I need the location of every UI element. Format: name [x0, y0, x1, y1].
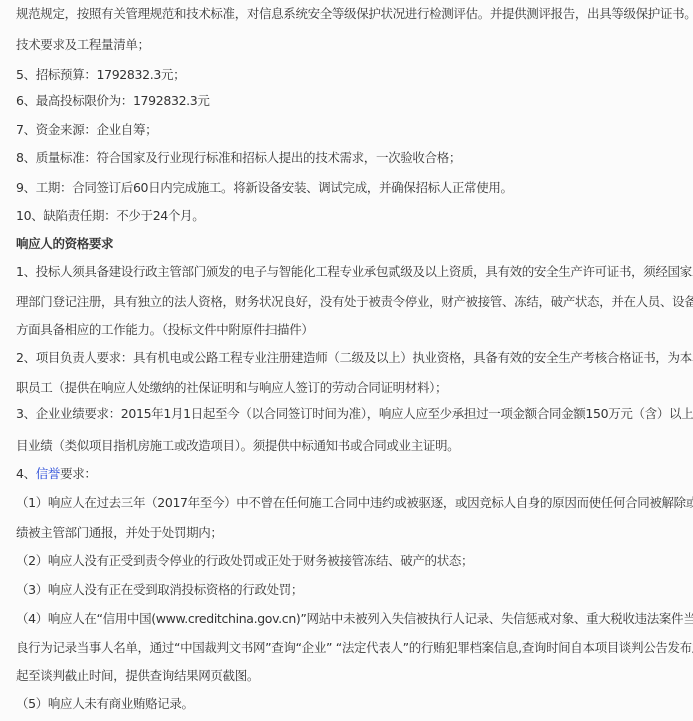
text-line: （1）响应人在过去三年（2017年至今）中不曾在任何施工合同中违约或被驱逐，或因… [16, 495, 689, 511]
max-price-line: 6、最高投标限价为：1792832.3元 [16, 93, 689, 109]
text-line: 绩被主管部门通报，并处于处罚期内； [16, 525, 689, 541]
text-line: 方面具备相应的工作能力。（投标文件中附原件扫描件） [16, 322, 689, 338]
section-heading: 响应人的资格要求 [16, 236, 689, 252]
text-line: 技术要求及工程量清单； [16, 37, 689, 53]
text-line: 1、投标人须具备建设行政主管部门颁发的电子与智能化工程专业承包贰级及以上资质，具… [16, 264, 689, 280]
text-line: 规范规定，按照有关管理规范和技术标准，对信息系统安全等级保护状况进行检测评估。并… [16, 6, 689, 22]
line-prefix: 4、 [16, 466, 36, 481]
warranty-line: 10、缺陷责任期：不少于24个月。 [16, 208, 689, 224]
text-line: 理部门登记注册，具有独立的法人资格，财务状况良好，没有处于被责令停业，财产被接管… [16, 294, 689, 310]
budget-line: 5、招标预算：1792832.3元； [16, 67, 689, 83]
document-body: 规范规定，按照有关管理规范和技术标准，对信息系统安全等级保护状况进行检测评估。并… [0, 0, 693, 721]
fund-source-line: 7、资金来源：企业自筹； [16, 122, 689, 138]
text-line: 2、项目负责人要求：具有机电或公路工程专业注册建造师（二级及以上）执业资格，具备… [16, 350, 689, 366]
credit-link[interactable]: 信誉 [36, 466, 60, 481]
text-line: 目业绩（类似项目指机房施工或改造项目）。须提供中标通知书或合同或业主证明。 [16, 438, 689, 454]
text-line: （4）响应人在“信用中国(www.creditchina.gov.cn)”网站中… [16, 611, 689, 627]
text-line: （3）响应人没有正在受到取消投标资格的行政处罚； [16, 582, 689, 598]
credit-requirement-line: 4、信誉要求： [16, 466, 689, 482]
text-line: 职员工（提供在响应人处缴纳的社保证明和与响应人签订的劳动合同证明材料）； [16, 380, 689, 396]
line-suffix: 要求： [60, 466, 96, 481]
quality-standard-line: 8、质量标准：符合国家及行业现行标准和招标人提出的技术需求，一次验收合格； [16, 150, 689, 166]
text-line: （2）响应人没有正受到责令停业的行政处罚或正处于财务被接管冻结、破产的状态； [16, 553, 689, 569]
text-line: （5）响应人未有商业贿赂记录。 [16, 696, 689, 712]
text-line: 3、企业业绩要求：2015年1月1日起至今（以合同签订时间为准），响应人应至少承… [16, 406, 689, 422]
schedule-line: 9、工期：合同签订后60日内完成施工。将新设备安装、调试完成，并确保招标人正常使… [16, 180, 689, 196]
text-line: 良行为记录当事人名单，通过“中国裁判文书网”查询“企业” “法定代表人”的行贿犯… [16, 640, 689, 656]
text-line: 起至谈判截止时间，提供查询结果网页截图。 [16, 668, 689, 684]
